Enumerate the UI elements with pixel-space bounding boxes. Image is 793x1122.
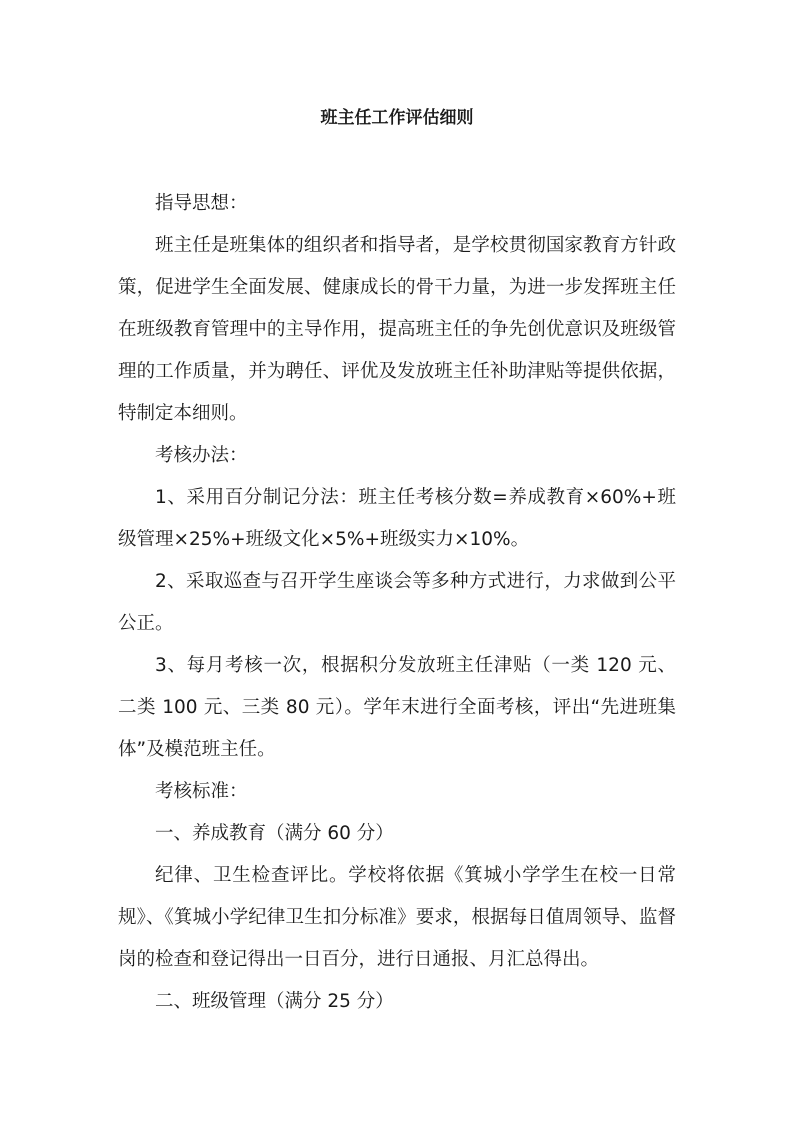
section-habit-education: 一、养成教育（满分 60 分） [118,813,676,855]
heading-assessment-standard: 考核标准： [118,771,676,813]
method-item-2: 2、采取巡查与召开学生座谈会等多种方式进行，力求做到公平公正。 [118,561,676,645]
heading-guiding-principle: 指导思想： [118,183,676,225]
paragraph-discipline-hygiene: 纪律、卫生检查评比。学校将依据《箕城小学学生在校一日常规》、《箕城小学纪律卫生扣… [118,855,676,981]
document-title: 班主任工作评估细则 [118,104,676,132]
method-item-1: 1、采用百分制记分法：班主任考核分数=养成教育×60%+班级管理×25%+班级文… [118,477,676,561]
heading-assessment-method: 考核办法： [118,435,676,477]
section-class-management: 二、班级管理（满分 25 分） [118,981,676,1023]
method-item-3: 3、每月考核一次，根据积分发放班主任津贴（一类 120 元、二类 100 元、三… [118,645,676,771]
document-body: 指导思想： 班主任是班集体的组织者和指导者，是学校贯彻国家教育方针政策，促进学生… [118,183,676,1023]
paragraph-guiding-principle: 班主任是班集体的组织者和指导者，是学校贯彻国家教育方针政策，促进学生全面发展、健… [118,225,676,435]
